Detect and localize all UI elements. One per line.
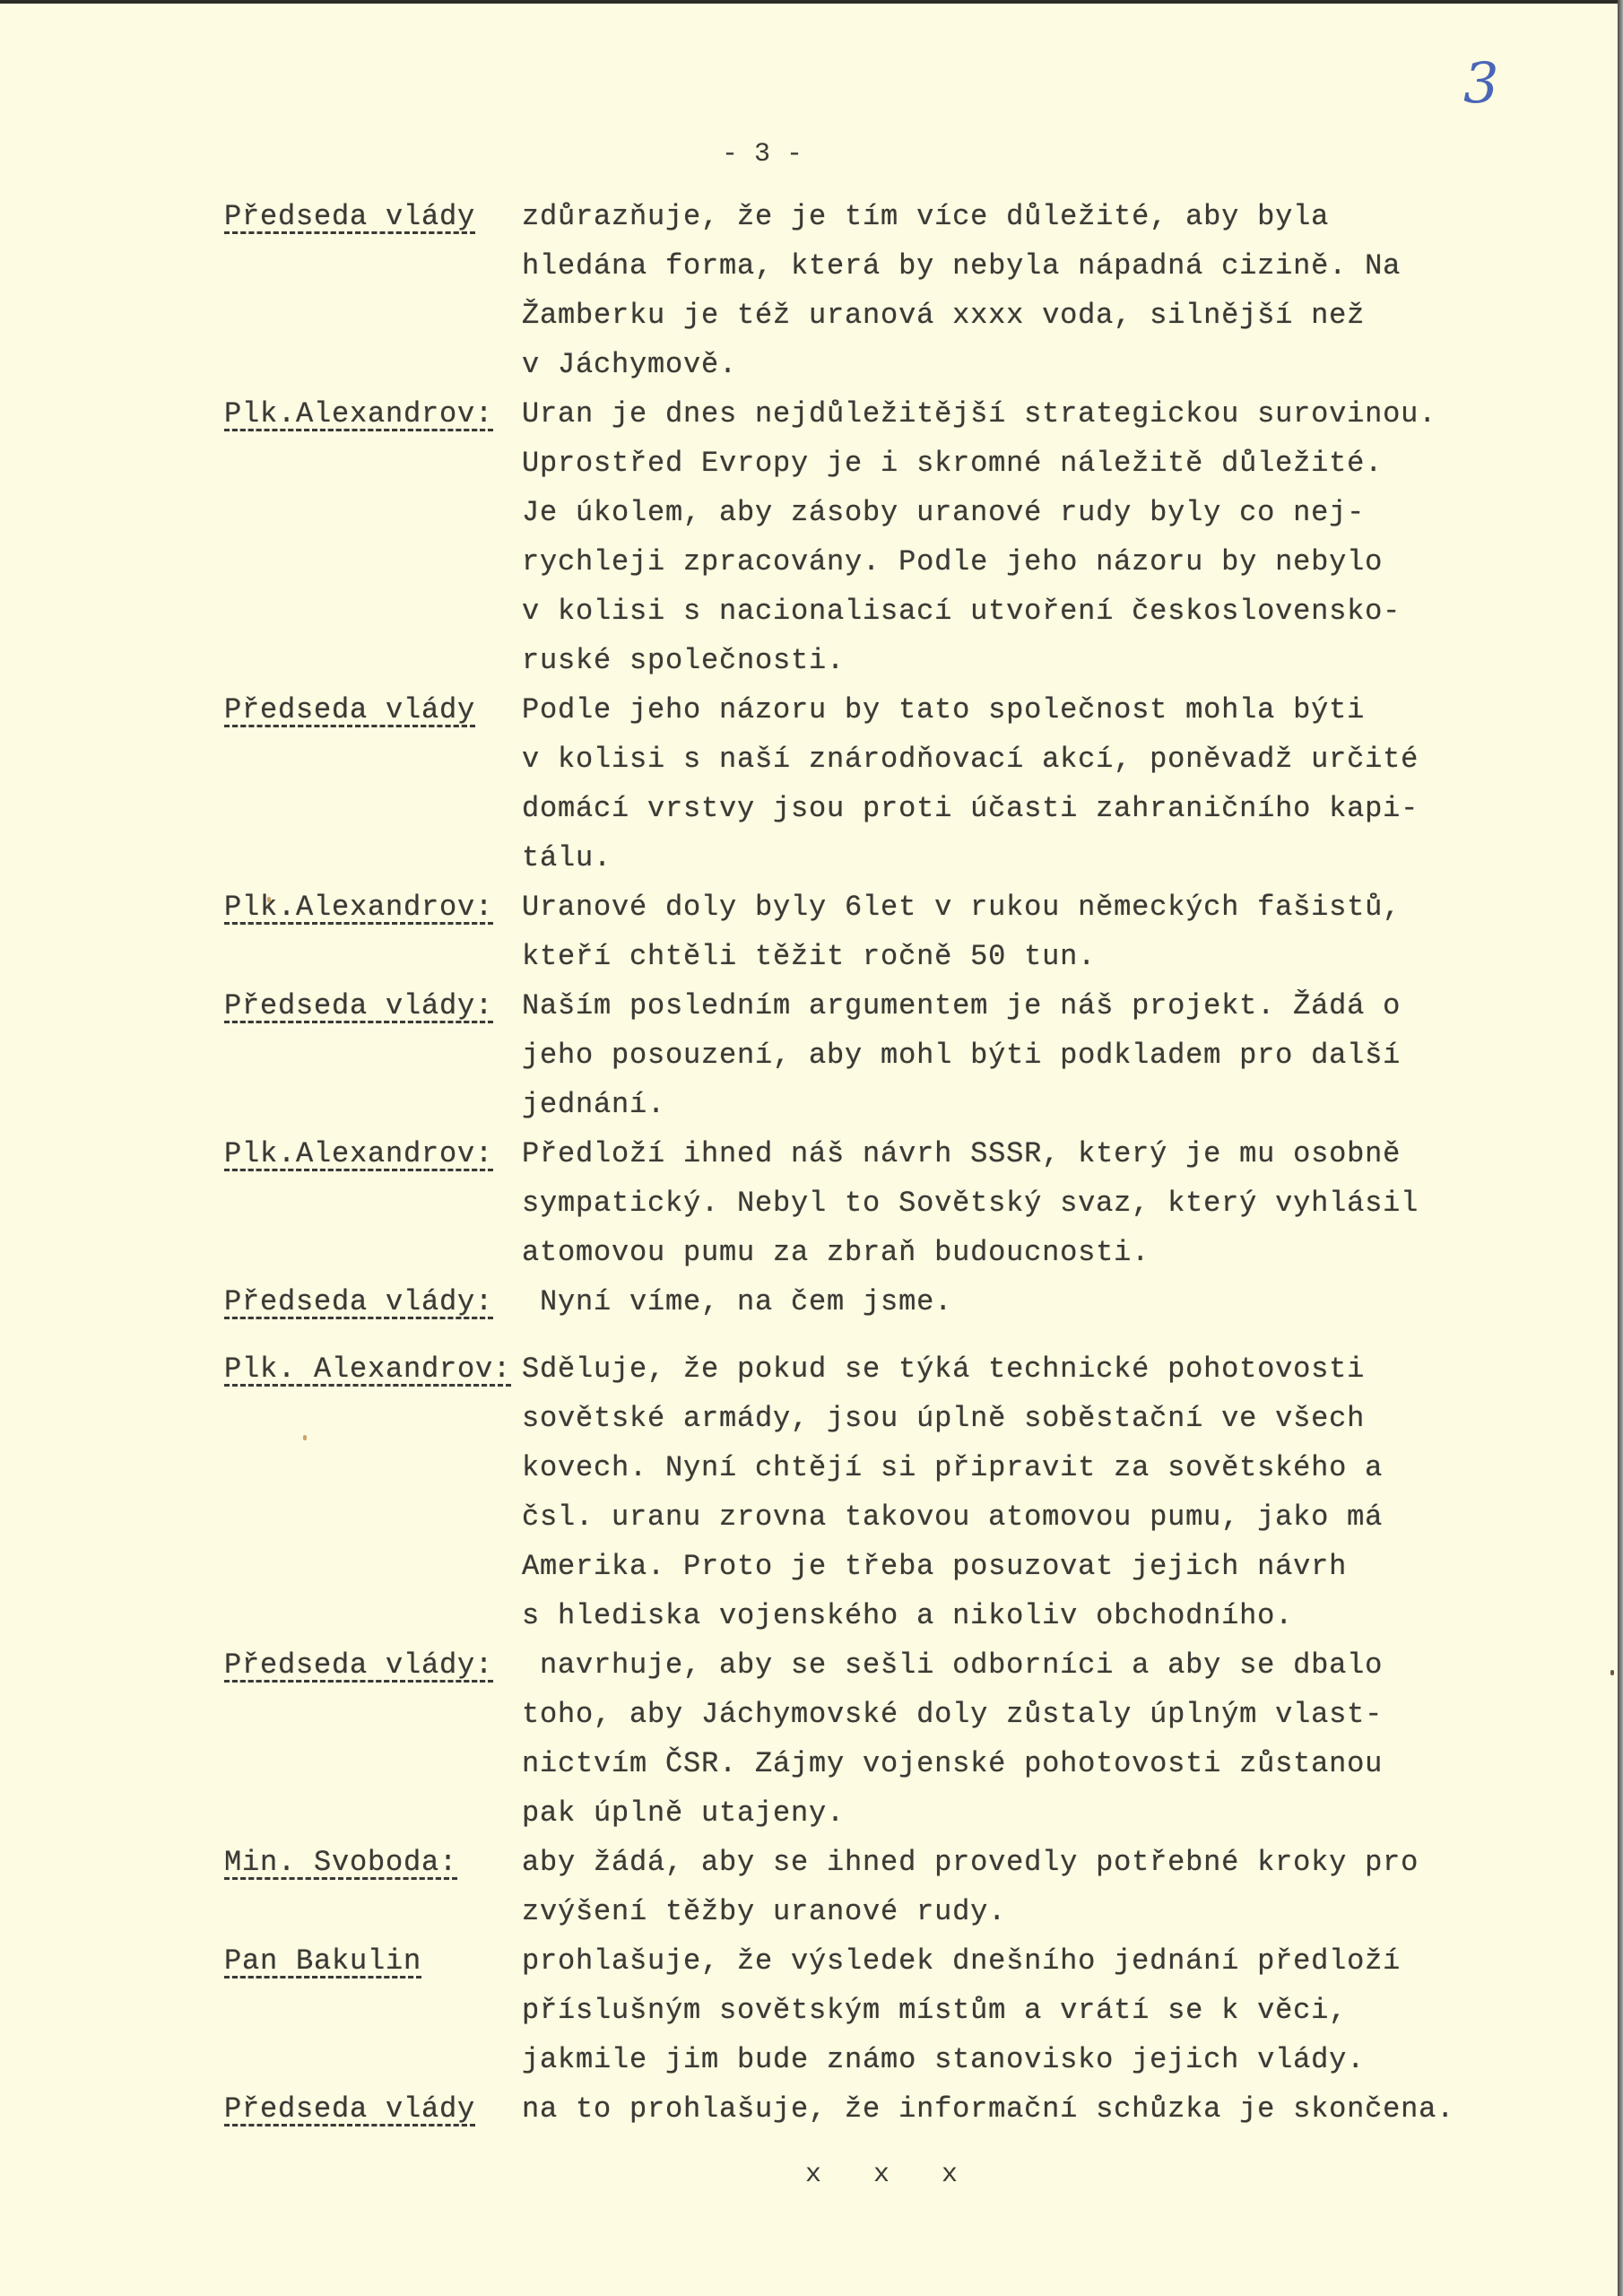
statement-line: příslušným sovětským místům a vrátí se k… — [522, 1993, 1347, 2029]
paper-speck — [303, 1435, 307, 1440]
speaker-label: Plk. Alexandrov: — [224, 1352, 511, 1387]
statement-line: atomovou pumu za zbraň budoucnosti. — [522, 1235, 1150, 1271]
statement-line: Je úkolem, aby zásoby uranové rudy byly … — [522, 495, 1365, 531]
paper-speck — [1610, 1670, 1614, 1675]
statement-line: nictvím ČSR. Zájmy vojenské pohotovosti … — [522, 1746, 1383, 1782]
speaker-label: Předseda vlády: — [224, 988, 493, 1024]
statement-line: ruské společnosti. — [522, 643, 845, 679]
statement-line: jakmile jim bude známo stanovisko jejich… — [522, 2042, 1365, 2078]
speaker-label: Plk.Alexandrov: — [224, 890, 493, 926]
speaker-label: Plk.Alexandrov: — [224, 396, 493, 432]
statement-line: domácí vrstvy jsou proti účasti zahranič… — [522, 791, 1419, 827]
scan-top-edge — [0, 0, 1623, 4]
scan-right-edge — [1618, 0, 1623, 2296]
statement-line: aby žádá, aby se ihned provedly potřebné… — [522, 1845, 1419, 1881]
statement-line: sovětské armády, jsou úplně soběstační v… — [522, 1401, 1365, 1437]
speaker-label: Předseda vlády: — [224, 1648, 493, 1683]
statement-line: Uranové doly byly 6let v rukou německých… — [522, 890, 1401, 926]
statement-line: kovech. Nyní chtějí si připravit za sově… — [522, 1450, 1383, 1486]
statement-line: hledána forma, která by nebyla nápadná c… — [522, 248, 1401, 284]
statement-line: v Jáchymově. — [522, 347, 737, 383]
statement-line: navrhuje, aby se sešli odborníci a aby s… — [522, 1648, 1383, 1683]
statement-line: jeho posouzení, aby mohl býti podkladem … — [522, 1038, 1401, 1074]
statement-line: Uran je dnes nejdůležitější strategickou… — [522, 396, 1436, 432]
statement-line: v kolisi s nacionalisací utvoření českos… — [522, 594, 1401, 630]
speaker-label: Předseda vlády: — [224, 1284, 493, 1320]
typed-page-header: - 3 - — [699, 136, 825, 172]
statement-line: Amerika. Proto je třeba posuzovat jejich… — [522, 1549, 1347, 1585]
statement-line: v kolisi s naší znárodňovací akcí, poněv… — [522, 742, 1419, 778]
statement-line: na to prohlašuje, že informační schůzka … — [522, 2092, 1454, 2127]
statement-line: rychleji zpracovány. Podle jeho názoru b… — [522, 544, 1383, 580]
paper-speck — [267, 897, 271, 902]
speaker-label: Pan Bakulin — [224, 1944, 421, 1979]
speaker-label: Min. Svoboda: — [224, 1845, 457, 1881]
statement-line: Předloží ihned náš návrh SSSR, který je … — [522, 1136, 1401, 1172]
speaker-label: Plk.Alexandrov: — [224, 1136, 493, 1172]
statement-line: pak úplně utajeny. — [522, 1796, 845, 1831]
speaker-label: Předseda vlády — [224, 199, 475, 235]
statement-line: Žamberku je též uranová xxxx voda, silně… — [522, 298, 1365, 334]
statement-line: prohlašuje, že výsledek dnešního jednání… — [522, 1944, 1401, 1979]
closing-mark: x x x — [805, 2157, 958, 2193]
statement-line: Naším posledním argumentem je náš projek… — [522, 988, 1401, 1024]
statement-line: tálu. — [522, 840, 612, 876]
statement-line: zdůrazňuje, že je tím více důležité, aby… — [522, 199, 1329, 235]
statement-line: kteří chtěli těžit ročně 50 tun. — [522, 939, 1096, 975]
statement-line: jednání. — [522, 1087, 665, 1123]
statement-line: s hlediska vojenského a nikoliv obchodní… — [522, 1598, 1293, 1634]
speaker-label: Předseda vlády — [224, 692, 475, 728]
statement-line: Nyní víme, na čem jsme. — [522, 1284, 952, 1320]
statement-line: Uprostřed Evropy je i skromné náležitě d… — [522, 446, 1383, 482]
speaker-label: Předseda vlády — [224, 2092, 475, 2127]
statement-line: toho, aby Jáchymovské doly zůstaly úplný… — [522, 1697, 1383, 1733]
statement-line: sympatický. Nebyl to Sovětský svaz, kter… — [522, 1186, 1419, 1222]
handwritten-page-number: 3 — [1463, 52, 1517, 115]
statement-line: Podle jeho názoru by tato společnost moh… — [522, 692, 1365, 728]
statement-line: Sděluje, že pokud se týká technické poho… — [522, 1352, 1365, 1387]
statement-line: čsl. uranu zrovna takovou atomovou pumu,… — [522, 1500, 1383, 1535]
statement-line: zvýšení těžby uranové rudy. — [522, 1894, 1006, 1930]
